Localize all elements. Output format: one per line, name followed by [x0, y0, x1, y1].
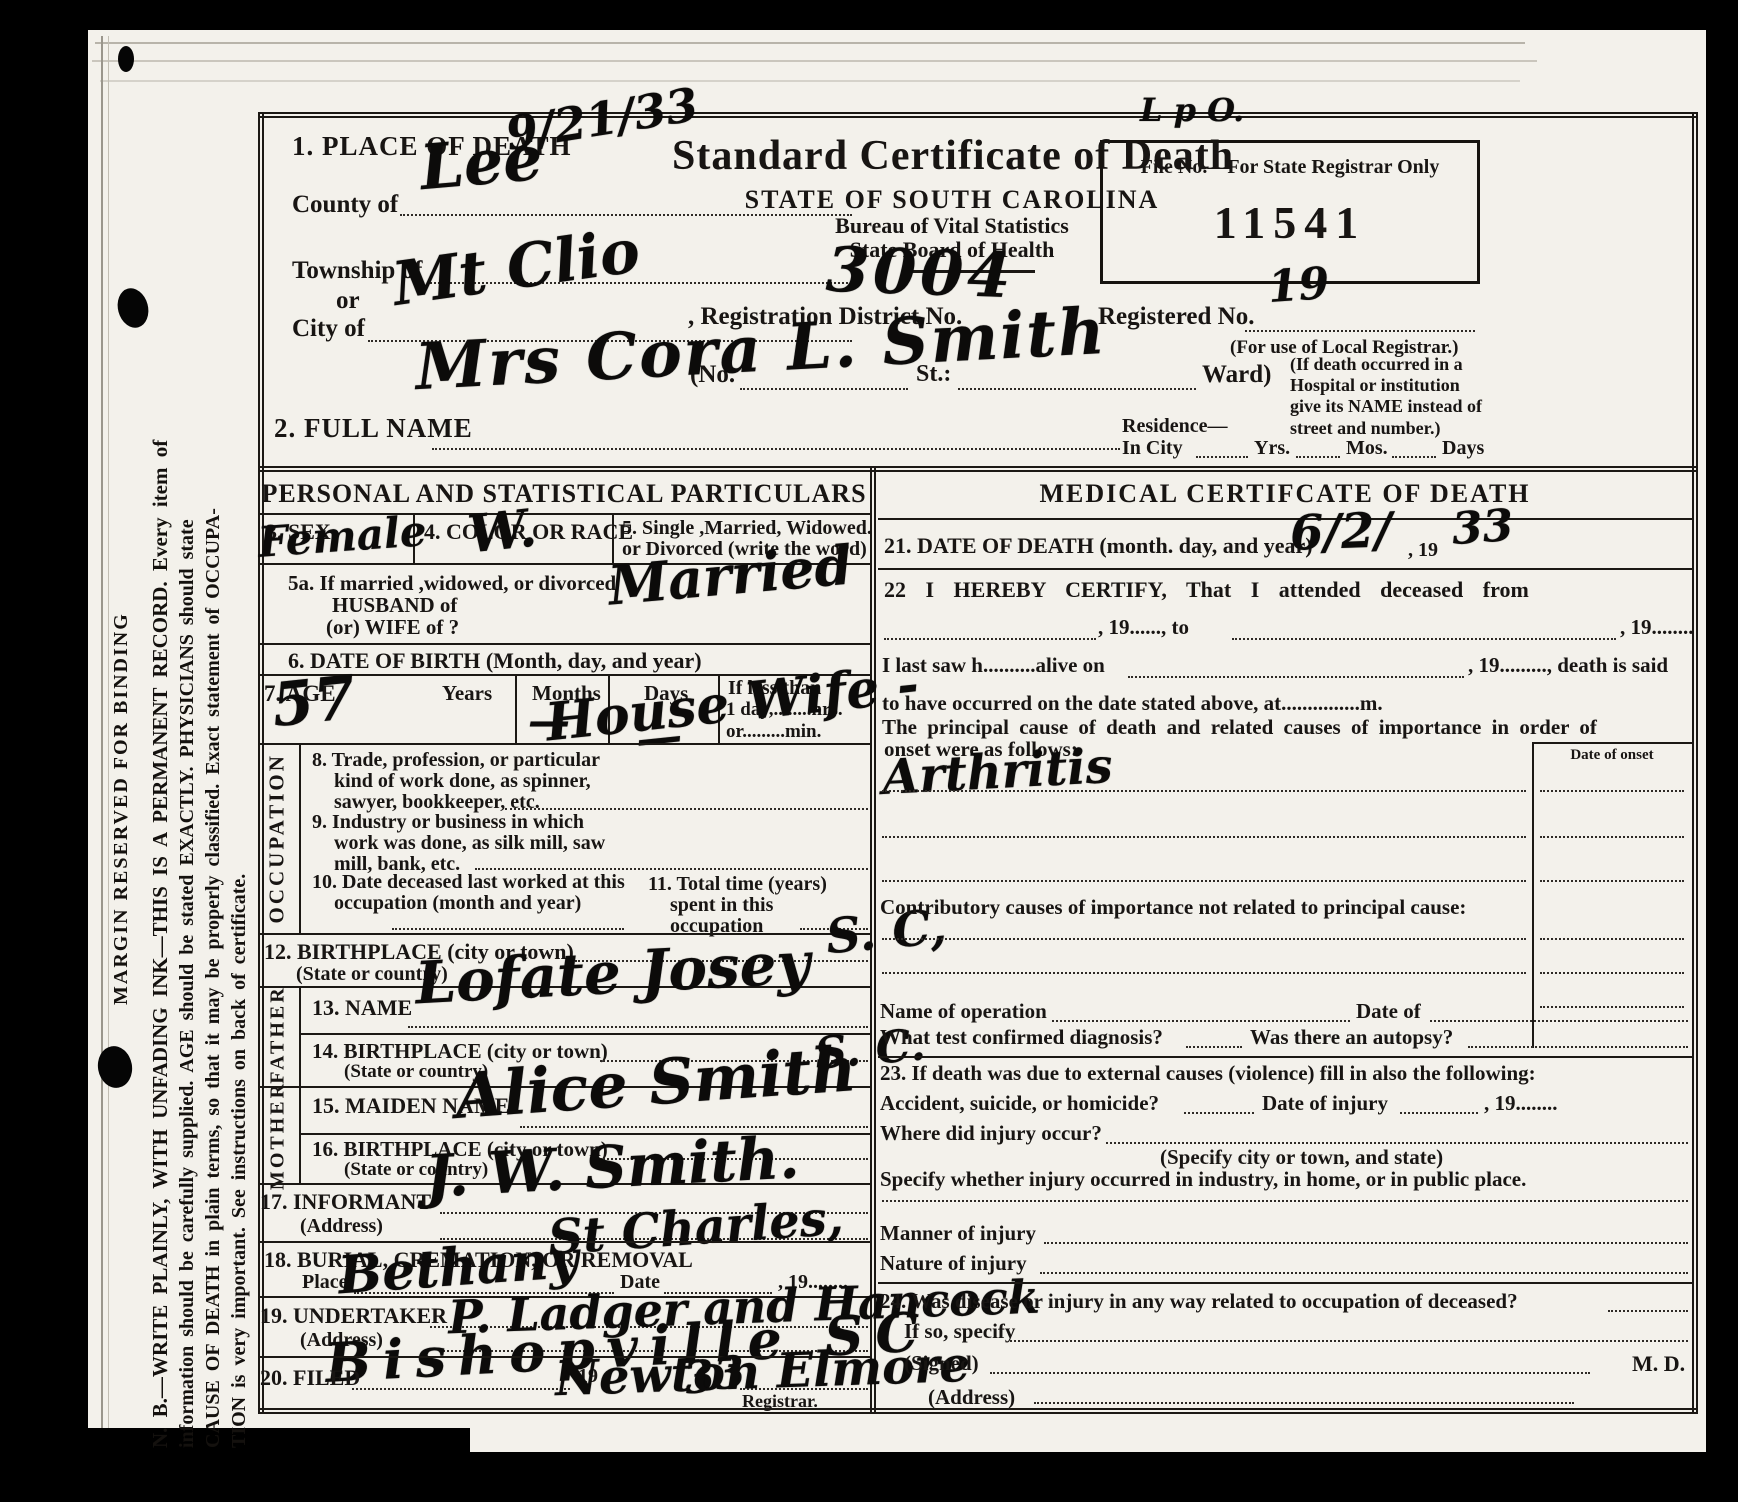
corner-annotation-handwritten: L p O. — [1140, 94, 1244, 126]
full-name-label: 2. FULL NAME — [274, 414, 473, 442]
line — [878, 518, 1692, 520]
scan-border — [0, 0, 88, 1502]
injury-date-label: Date of injury — [1262, 1092, 1388, 1114]
operation-line — [1052, 1020, 1350, 1022]
margin-nb-line2: information should be carefully supplied… — [176, 519, 199, 1448]
q21-19-label: , 19 — [1408, 540, 1438, 561]
mother-vertical-label: MOTHER — [267, 1076, 290, 1196]
q19-label: 19. UNDERTAKER — [260, 1304, 447, 1327]
in-city-label: In City — [1122, 438, 1183, 459]
q20-label: 20. FILED — [260, 1366, 360, 1389]
autopsy-label: Was there an autopsy? — [1250, 1026, 1453, 1048]
q10-line — [392, 928, 624, 930]
test-label: What test confirmed diagnosis? — [880, 1026, 1163, 1048]
line — [258, 643, 870, 645]
q22-lastsaw-label: I last saw h..........alive on — [882, 654, 1105, 676]
form-border-left — [258, 112, 264, 1414]
operation-label: Name of operation — [880, 1000, 1047, 1022]
q22-occurred-label: to have occurred on the date stated abov… — [882, 692, 1383, 714]
date-of-onset-label: Date of onset — [1534, 748, 1690, 764]
injury-19-label: , 19........ — [1484, 1092, 1558, 1114]
q9-label: 9. Industry or business in which work wa… — [312, 812, 616, 875]
specify-city-label: (Specify city or town, and state) — [1160, 1146, 1443, 1168]
nature-label: Nature of injury — [880, 1252, 1027, 1274]
ward-label: Ward) — [1202, 362, 1271, 388]
onset-line — [1540, 880, 1684, 882]
if-so-line — [1010, 1340, 1688, 1342]
cause-value-handwritten: Arthritis — [881, 742, 1114, 802]
operation-date-line — [1430, 1020, 1688, 1022]
if-so-label: If so, specify — [904, 1320, 1015, 1342]
q21-year-handwritten: 33 — [1451, 504, 1515, 552]
scan-border — [1706, 0, 1738, 1502]
personal-section-title: PERSONAL AND STATISTICAL PARTICULARS — [258, 480, 870, 507]
contributory-label: Contributory causes of importance not re… — [880, 896, 1466, 918]
q22-lastsaw-line — [1128, 676, 1464, 678]
registered-no-value-handwritten: 19 — [1267, 262, 1331, 310]
registered-no-label: Registered No. — [1098, 304, 1254, 330]
accident-label: Accident, suicide, or homicide? — [880, 1092, 1159, 1114]
q5a-husband: HUSBAND of — [332, 594, 457, 616]
full-name-line — [432, 448, 1120, 450]
q23-label: 23. If death was due to external causes … — [880, 1062, 1536, 1084]
file-box-label: File No.—For State Registrar Only — [1103, 157, 1477, 178]
specify-where-label: Specify whether injury occurred in indus… — [880, 1168, 1526, 1190]
onset-line — [1540, 836, 1684, 838]
line — [299, 1033, 870, 1035]
line — [299, 743, 301, 935]
registered-no-line — [1245, 330, 1475, 332]
margin-nb-line4: TION is very important. See instructions… — [228, 874, 251, 1448]
q22-from-line — [884, 638, 1096, 640]
onset-line — [1540, 938, 1684, 940]
line — [878, 1056, 1692, 1058]
county-value-handwritten: Lee — [418, 127, 545, 199]
q8-label: 8. Trade, profession, or particular kind… — [312, 750, 616, 813]
q24-label: 24. Was disease or injury in any way rel… — [880, 1290, 1518, 1312]
onset-box-top — [1532, 742, 1692, 744]
page-edge-line — [108, 36, 109, 1444]
q22-to-line — [1232, 638, 1616, 640]
sex-value-handwritten: Female — [257, 510, 428, 564]
section-divider — [258, 466, 1698, 472]
q8-line — [505, 808, 868, 810]
margin-nb-line3: CAUSE OF DEATH in plain terms, so that i… — [202, 508, 225, 1448]
autopsy-line — [1468, 1046, 1688, 1048]
onset-line — [1540, 790, 1684, 792]
cause-line — [882, 790, 1526, 792]
q13-label: 13. NAME — [312, 996, 412, 1019]
address-label: (Address) — [928, 1386, 1015, 1408]
q21-value-handwritten: 6/2/ — [1289, 506, 1392, 558]
registration-district-value-handwritten: 3004 — [825, 239, 1016, 308]
cause-line — [882, 836, 1526, 838]
address-line — [1034, 1402, 1574, 1404]
or-label: or — [336, 288, 360, 314]
q17-value-handwritten: J. W. Smith. — [424, 1128, 801, 1206]
cause-intro1: The principal cause of death and related… — [882, 716, 1597, 738]
q21-label: 21. DATE OF DEATH (month. day, and year) — [884, 534, 1313, 557]
medical-section-title: MEDICAL CERTIFCATE OF DEATH — [878, 480, 1692, 507]
margin-nb-line1: N. B.—WRITE PLAINLY, WITH UNFADING INK—T… — [148, 440, 173, 1448]
yrs-label: Yrs. — [1254, 438, 1290, 459]
q5a-wife: (or) WIFE of ? — [326, 616, 459, 638]
line — [878, 568, 1692, 570]
q24-line — [1608, 1310, 1688, 1312]
page-edge-line — [100, 80, 1520, 82]
margin-binding-note: MARGIN RESERVED FOR BINDING — [110, 612, 133, 1005]
onset-line — [1540, 1006, 1684, 1008]
accident-line — [1184, 1112, 1254, 1114]
q22-19a-label: , 19......, to — [1098, 616, 1189, 638]
cause-line — [882, 880, 1526, 882]
form-border-right — [1692, 112, 1698, 1414]
mos-label: Mos. — [1346, 438, 1388, 459]
page-edge-line — [95, 42, 1525, 44]
q17-sub: (Address) — [300, 1216, 383, 1237]
q17-label: 17. INFORMANT — [260, 1190, 431, 1213]
signed-label: (Signed) — [904, 1352, 979, 1374]
operation-date-label: Date of — [1356, 1000, 1421, 1022]
line — [299, 986, 301, 1183]
manner-line — [1044, 1242, 1688, 1244]
injury-date-line — [1400, 1112, 1478, 1114]
occupation-vertical-label: OCCUPATION — [265, 754, 290, 924]
q10-label: 10. Date deceased last worked at this oc… — [312, 872, 634, 914]
hospital-note: (If death occurred in a Hospital or inst… — [1290, 354, 1490, 439]
onset-line — [1540, 972, 1684, 974]
race-value-handwritten: W. — [465, 503, 538, 562]
md-label: M. D. — [1632, 1352, 1685, 1375]
scanned-death-certificate: MARGIN RESERVED FOR BINDING N. B.—WRITE … — [0, 0, 1738, 1502]
ink-smudge — [118, 46, 134, 72]
q22-line1: 22 I HEREBY CERTIFY, That I attended dec… — [884, 578, 1529, 601]
test-line — [1186, 1046, 1242, 1048]
onset-box-left — [1532, 742, 1534, 1048]
q20-line — [352, 1388, 570, 1390]
q5a-label: 5a. If married ,widowed, or divorced — [288, 572, 616, 594]
page-edge-line — [101, 36, 103, 1444]
line — [515, 674, 517, 743]
page-edge-line — [92, 60, 1537, 62]
scan-border — [0, 1452, 1738, 1502]
no-line — [740, 388, 908, 390]
form-border-top — [258, 112, 1698, 118]
file-number-value: 11541 — [1103, 199, 1477, 247]
county-label: County of — [292, 192, 398, 218]
line — [878, 1282, 1692, 1284]
scan-border — [0, 0, 1738, 30]
manner-label: Manner of injury — [880, 1222, 1036, 1244]
in-city-line — [1196, 456, 1248, 458]
st-line — [958, 388, 1196, 390]
q9-line — [475, 868, 868, 870]
where-label: Where did injury occur? — [880, 1122, 1102, 1144]
q22-deathsaid-label: , 19........., death is said — [1468, 654, 1668, 676]
mos-line — [1392, 456, 1436, 458]
residence-label: Residence— — [1122, 416, 1228, 437]
specify-where-line — [882, 1200, 1688, 1202]
days-label: Days — [1442, 438, 1484, 459]
q13-line — [408, 1026, 868, 1028]
q22-19b-label: , 19........ — [1620, 616, 1694, 638]
where-line — [1106, 1142, 1688, 1144]
age-years-label: Years — [442, 682, 492, 704]
age-value-handwritten: 57 — [269, 668, 358, 736]
city-label: City of — [292, 316, 365, 342]
contributory-line — [882, 972, 1526, 974]
contributory-line — [882, 938, 1526, 940]
nature-line — [1040, 1272, 1688, 1274]
signed-line — [990, 1372, 1590, 1374]
yrs-line — [1296, 456, 1340, 458]
